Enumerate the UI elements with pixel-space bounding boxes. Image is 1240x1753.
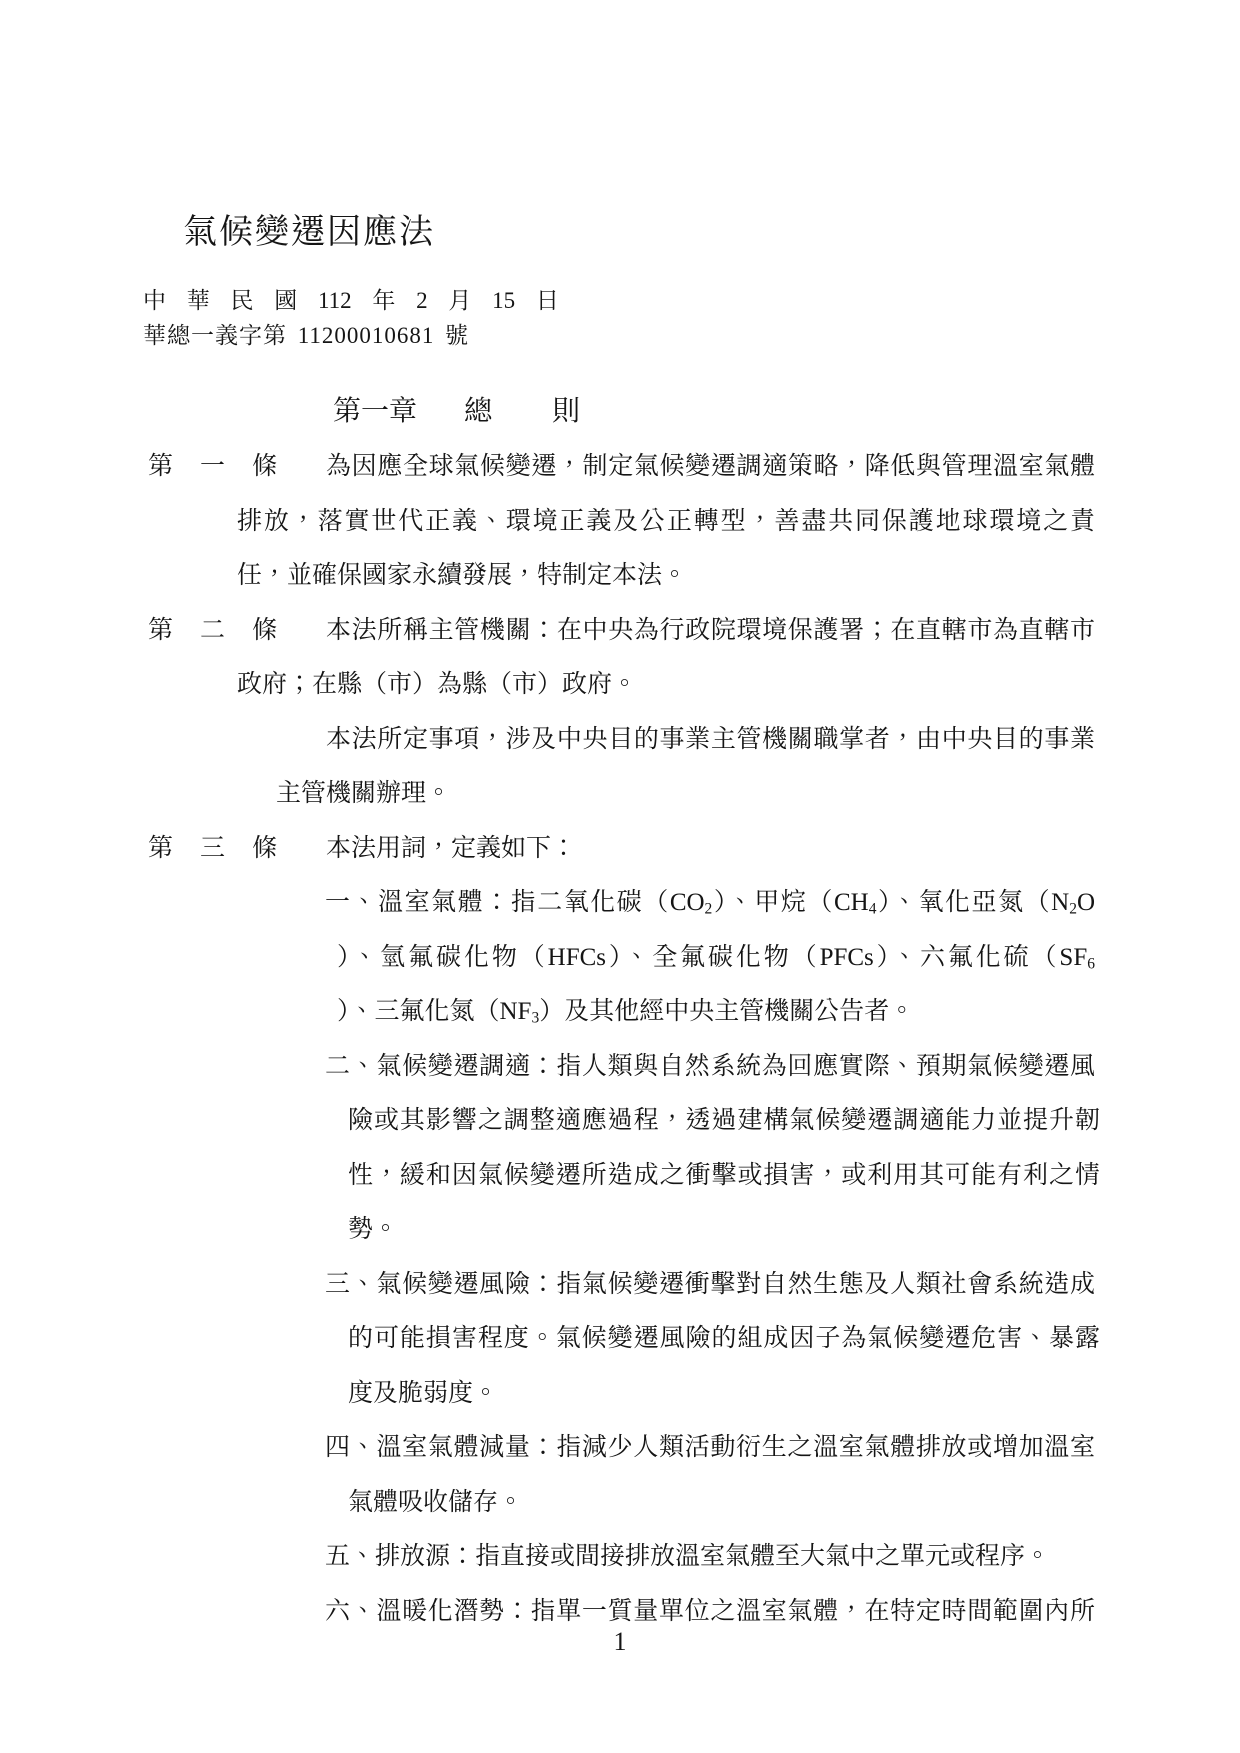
text-line: 性，緩和因氣候變遷所造成之衝擊或損害，或利用其可能有利之情 (0, 1159, 1240, 1193)
text-line-content: 性，緩和因氣候變遷所造成之衝擊或損害，或利用其可能有利之情 (348, 1159, 1100, 1193)
text-line-content: ）、氫氟碳化物（HFCs）、全氟碳化物（PFCs）、六氟化硫（SF6 (337, 941, 1095, 975)
text-line: 險或其影響之調整適應過程，透過建構氣候變遷調適能力並提升韌 (0, 1104, 1240, 1138)
text-line-content: 三、氣候變遷風險：指氣候變遷衝擊對自然生態及人類社會系統造成 (325, 1268, 1095, 1302)
text-line-content: 度及脆弱度。 (348, 1377, 1100, 1411)
text-line-content: 一、溫室氣體：指二氧化碳（CO2）、甲烷（CH4）、氧化亞氮（N2O (325, 886, 1095, 920)
text-line-content: 任，並確保國家永續發展，特制定本法。 (237, 559, 1095, 593)
text-line-content: 四、溫室氣體減量：指減少人類活動衍生之溫室氣體排放或增加溫室 (325, 1431, 1095, 1465)
text-line: 二、氣候變遷調適：指人類與自然系統為回應實際、預期氣候變遷風 (0, 1050, 1240, 1084)
text-line-content: ）、三氟化氮（NF3）及其他經中央主管機關公告者。 (337, 995, 1095, 1029)
text-line: 五、排放源：指直接或間接排放溫室氣體至大氣中之單元或程序。 (0, 1540, 1240, 1574)
text-line: ）、三氟化氮（NF3）及其他經中央主管機關公告者。 (0, 995, 1240, 1029)
text-line-content: 六、溫暖化潛勢：指單一質量單位之溫室氣體，在特定時間範圍內所 (325, 1595, 1095, 1629)
text-line-content: 本法所稱主管機關：在中央為行政院環境保護署；在直轄市為直轄市 (326, 614, 1095, 648)
text-line-content: 險或其影響之調整適應過程，透過建構氣候變遷調適能力並提升韌 (348, 1104, 1100, 1138)
article-label: 第二條 (148, 614, 304, 648)
text-line-content: 主管機關辦理。 (276, 777, 1095, 811)
text-line-content: 本法所定事項，涉及中央目的事業主管機關職掌者，由中央目的事業 (326, 723, 1095, 757)
text-line: 的可能損害程度。氣候變遷風險的組成因子為氣候變遷危害、暴露 (0, 1322, 1240, 1356)
text-line: 第三條本法用詞，定義如下： (0, 832, 1240, 866)
text-line: 排放，落實世代正義、環境正義及公正轉型，善盡共同保護地球環境之責 (0, 505, 1240, 539)
page-number: 1 (0, 1627, 1240, 1657)
text-line: 主管機關辦理。 (0, 777, 1240, 811)
text-line: 第二條本法所稱主管機關：在中央為行政院環境保護署；在直轄市為直轄市 (0, 614, 1240, 648)
text-line-content: 為因應全球氣候變遷，制定氣候變遷調適策略，降低與管理溫室氣體 (326, 450, 1095, 484)
text-line-content: 政府；在縣（市）為縣（市）政府。 (237, 668, 1095, 702)
text-line: 三、氣候變遷風險：指氣候變遷衝擊對自然生態及人類社會系統造成 (0, 1268, 1240, 1302)
text-line: 度及脆弱度。 (0, 1377, 1240, 1411)
text-line: ）、氫氟碳化物（HFCs）、全氟碳化物（PFCs）、六氟化硫（SF6 (0, 941, 1240, 975)
text-line-content: 氣體吸收儲存。 (348, 1486, 1100, 1520)
article-label: 第一條 (148, 450, 304, 484)
text-line-content: 的可能損害程度。氣候變遷風險的組成因子為氣候變遷危害、暴露 (348, 1322, 1100, 1356)
text-line-content: 本法用詞，定義如下： (326, 832, 1095, 866)
text-line: 政府；在縣（市）為縣（市）政府。 (0, 668, 1240, 702)
text-line: 本法所定事項，涉及中央目的事業主管機關職掌者，由中央目的事業 (0, 723, 1240, 757)
text-line: 第一條為因應全球氣候變遷，制定氣候變遷調適策略，降低與管理溫室氣體 (0, 450, 1240, 484)
text-line-content: 五、排放源：指直接或間接排放溫室氣體至大氣中之單元或程序。 (325, 1540, 1095, 1574)
text-line-content: 排放，落實世代正義、環境正義及公正轉型，善盡共同保護地球環境之責 (237, 505, 1095, 539)
text-line: 六、溫暖化潛勢：指單一質量單位之溫室氣體，在特定時間範圍內所 (0, 1595, 1240, 1629)
article-label: 第三條 (148, 832, 304, 866)
text-line: 任，並確保國家永續發展，特制定本法。 (0, 559, 1240, 593)
text-line-content: 二、氣候變遷調適：指人類與自然系統為回應實際、預期氣候變遷風 (325, 1050, 1095, 1084)
text-line: 一、溫室氣體：指二氧化碳（CO2）、甲烷（CH4）、氧化亞氮（N2O (0, 886, 1240, 920)
text-line: 四、溫室氣體減量：指減少人類活動衍生之溫室氣體排放或增加溫室 (0, 1431, 1240, 1465)
article-text-block: 第一條為因應全球氣候變遷，制定氣候變遷調適策略，降低與管理溫室氣體排放，落實世代… (0, 0, 1240, 1753)
text-line: 氣體吸收儲存。 (0, 1486, 1240, 1520)
document-page: 氣候變遷因應法 中 華 民 國 112 年 2 月 15 日 華總一義字第 11… (0, 0, 1240, 1753)
text-line-content: 勢。 (348, 1213, 1100, 1247)
text-line: 勢。 (0, 1213, 1240, 1247)
